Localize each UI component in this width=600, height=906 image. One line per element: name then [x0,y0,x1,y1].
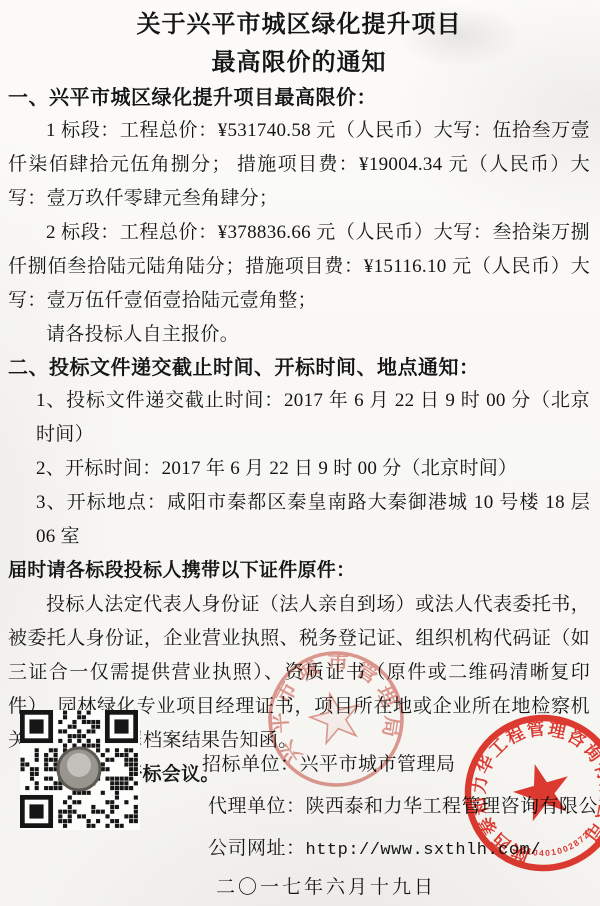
deadline-item: 1、投标文件递交截止时间：2017 年 6 月 22 日 9 时 00 分（北京… [36,384,590,452]
scanned-notice-page: 关于兴平市城区绿化提升项目 最高限价的通知 一、兴平市城区绿化提升项目最高限价：… [0,0,600,906]
bid1-price-paragraph: 1 标段：工程总价：¥531740.58 元（人民币）大写：伍拾叁万壹仟柒佰肆拾… [8,114,590,216]
svg-text:0: 0 [545,848,551,858]
tender-unit-line: 招标单位：兴平市城市管理局 [202,749,456,776]
agent-unit-line: 代理单位：陕西泰和力华工程管理咨询有限公司 [208,791,600,818]
tender-unit-value: 兴平市城市管理局 [300,754,456,775]
website-label: 公司网址： [208,838,306,859]
agent-unit-label: 代理单位： [208,796,306,817]
svg-text:0: 0 [561,843,569,854]
qr-code [20,710,140,830]
bring-documents-heading: 届时请各标段投标人携带以下证件原件： [8,554,590,588]
svg-text:2: 2 [566,840,575,851]
opening-time-item: 2、开标时间：2017 年 6 月 22 日 9 时 00 分（北京时间） [36,452,590,486]
svg-text:7: 7 [576,834,586,845]
svg-text:司: 司 [581,819,600,845]
opening-place-item: 3、开标地点：咸阳市秦都区秦皇南路大秦御港城 10 号楼 18 层 06 室 [36,486,590,554]
notice-title-line2: 最高限价的通知 [8,44,590,82]
notice-title-line1: 关于兴平市城区绿化提升项目 [8,6,590,44]
bid2-price-paragraph: 2 标段：工程总价：¥378836.66 元（人民币）大写：叁拾柒万捌仟捌佰叁拾… [8,216,590,318]
tender-unit-label: 招标单位： [202,754,300,775]
section1-heading: 一、兴平市城区绿化提升项目最高限价： [8,82,590,114]
website-line: 公司网址：http://www.sxthlh.com/ [208,833,541,860]
schedule-items: 1、投标文件递交截止时间：2017 年 6 月 22 日 9 时 00 分（北京… [8,384,590,554]
agent-unit-value: 陕西泰和力华工程管理咨询有限公司 [306,796,600,817]
svg-text:8: 8 [571,837,581,848]
svg-text:1: 1 [550,847,557,858]
section2-heading: 二、投标文件递交截止时间、开标时间、地点通知： [8,352,590,384]
website-url: http://www.sxthlh.com/ [306,841,541,860]
svg-text:2: 2 [580,830,591,841]
svg-text:0: 0 [556,845,564,856]
notice-body: 关于兴平市城区绿化提升项目 最高限价的通知 一、兴平市城区绿化提升项目最高限价：… [0,0,600,792]
issue-date: 二〇一七年六月十九日 [216,872,436,899]
svg-text:4: 4 [584,826,595,836]
self-quote-note: 请各投标人自主报价。 [8,318,590,352]
